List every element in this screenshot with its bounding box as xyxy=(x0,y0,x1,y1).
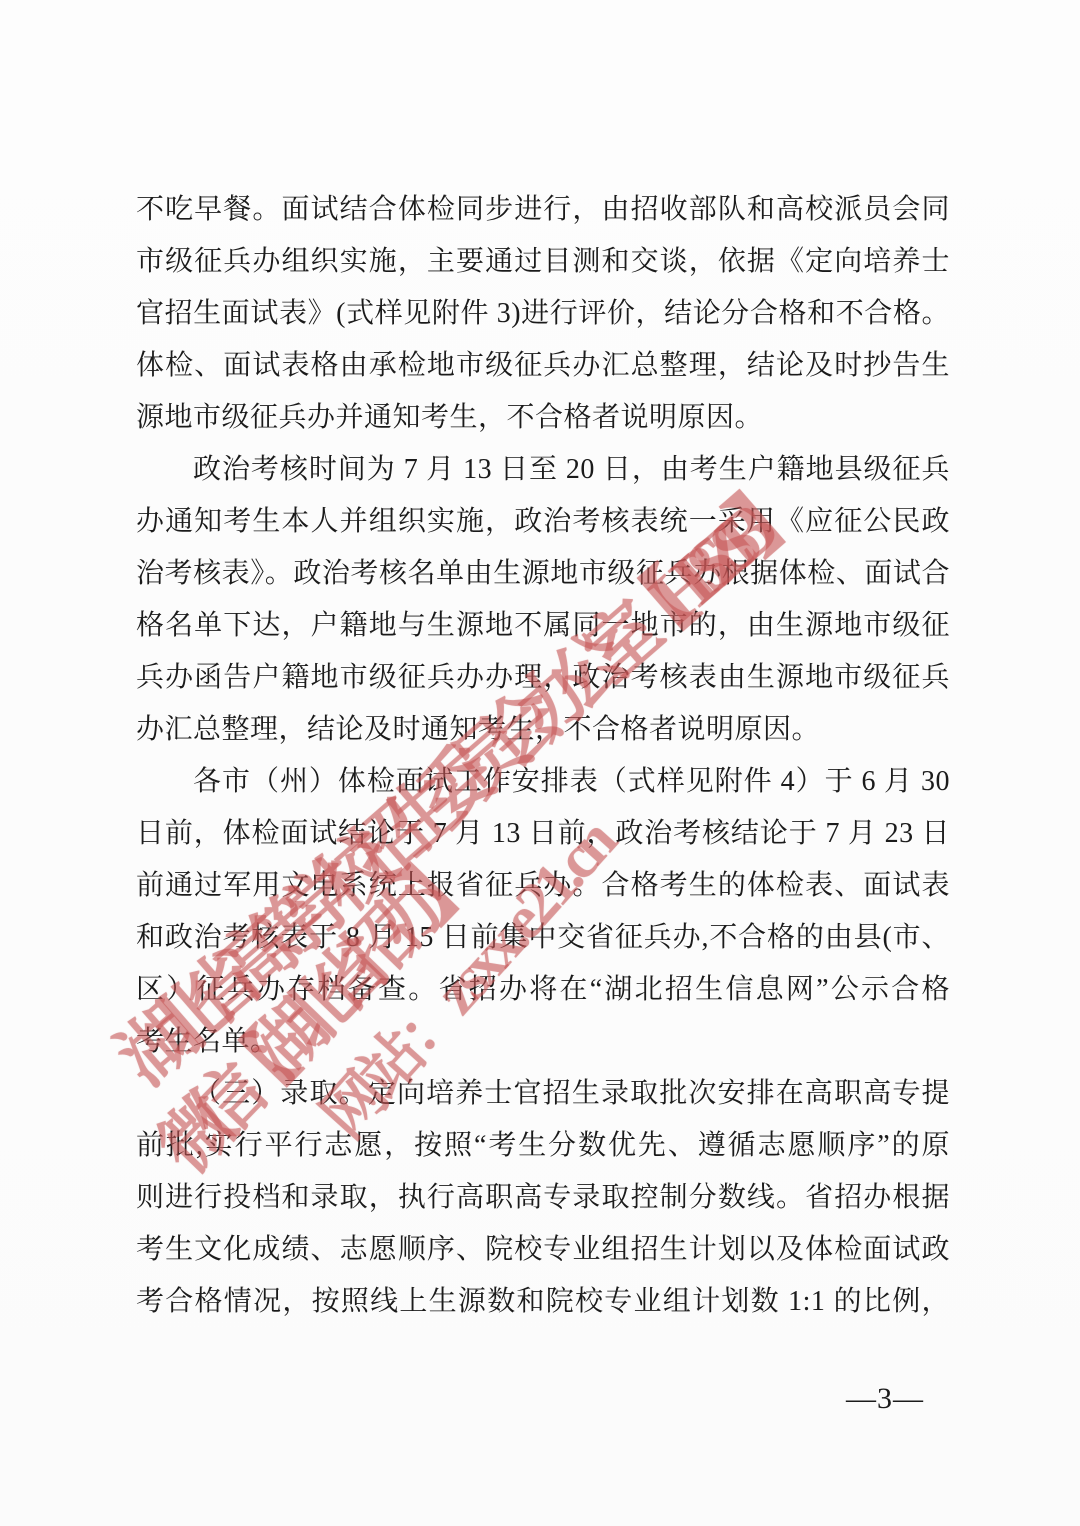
text-line: 格名单下达，户籍地与生源地不属同一地市的，由生源地市级征 xyxy=(136,600,950,652)
text-line: 办通知考生本人并组织实施，政治考核表统一采用《应征公民政 xyxy=(136,496,950,548)
text-line: 市级征兵办组织实施，主要通过目测和交谈，依据《定向培养士 xyxy=(136,236,950,288)
text-line: 考生文化成绩、志愿顺序、院校专业组招生计划以及体检面试政 xyxy=(136,1224,950,1276)
text-line: 日前，体检面试结论于 7 月 13 日前，政治考核结论于 7 月 23 日 xyxy=(136,808,950,860)
text-line: 兵办函告户籍地市级征兵办办理，政治考核表由生源地市级征兵 xyxy=(136,652,950,704)
text-line: 源地市级征兵办并通知考生，不合格者说明原因。 xyxy=(136,392,950,444)
page-number: —3— xyxy=(846,1382,924,1416)
text-line: 考合格情况，按照线上生源数和院校专业组计划数 1:1 的比例， xyxy=(136,1276,950,1328)
text-line: 和政治考核表于 8 月 15 日前集中交省征兵办,不合格的由县(市、 xyxy=(136,912,950,964)
text-line: 前通过军用文电系统上报省征兵办。合格考生的体检表、面试表 xyxy=(136,860,950,912)
document-page: 不吃早餐。面试结合体检同步进行，由招收部队和高校派员会同市级征兵办组织实施，主要… xyxy=(0,0,1080,1526)
text-line: 则进行投档和录取，执行高职高专录取控制分数线。省招办根据 xyxy=(136,1172,950,1224)
text-line: 考生名单。 xyxy=(136,1016,950,1068)
text-line: 办汇总整理，结论及时通知考生，不合格者说明原因。 xyxy=(136,704,950,756)
text-line: 体检、面试表格由承检地市级征兵办汇总整理，结论及时抄告生 xyxy=(136,340,950,392)
text-line: 治考核表》。政治考核名单由生源地市级征兵办根据体检、面试合 xyxy=(136,548,950,600)
text-line: 各市（州）体检面试工作安排表（式样见附件 4）于 6 月 30 xyxy=(136,756,950,808)
text-line: 官招生面试表》(式样见附件 3)进行评价，结论分合格和不合格。 xyxy=(136,288,950,340)
text-line: 区）征兵办存档备查。省招办将在“湖北招生信息网”公示合格 xyxy=(136,964,950,1016)
text-line: 前批,实行平行志愿，按照“考生分数优先、遵循志愿顺序”的原 xyxy=(136,1120,950,1172)
text-line: 政治考核时间为 7 月 13 日至 20 日，由考生户籍地县级征兵 xyxy=(136,444,950,496)
text-line: （三）录取。定向培养士官招生录取批次安排在高职高专提 xyxy=(136,1068,950,1120)
text-line: 不吃早餐。面试结合体检同步进行，由招收部队和高校派员会同 xyxy=(136,184,950,236)
text-body: 不吃早餐。面试结合体检同步进行，由招收部队和高校派员会同市级征兵办组织实施，主要… xyxy=(136,184,950,1328)
